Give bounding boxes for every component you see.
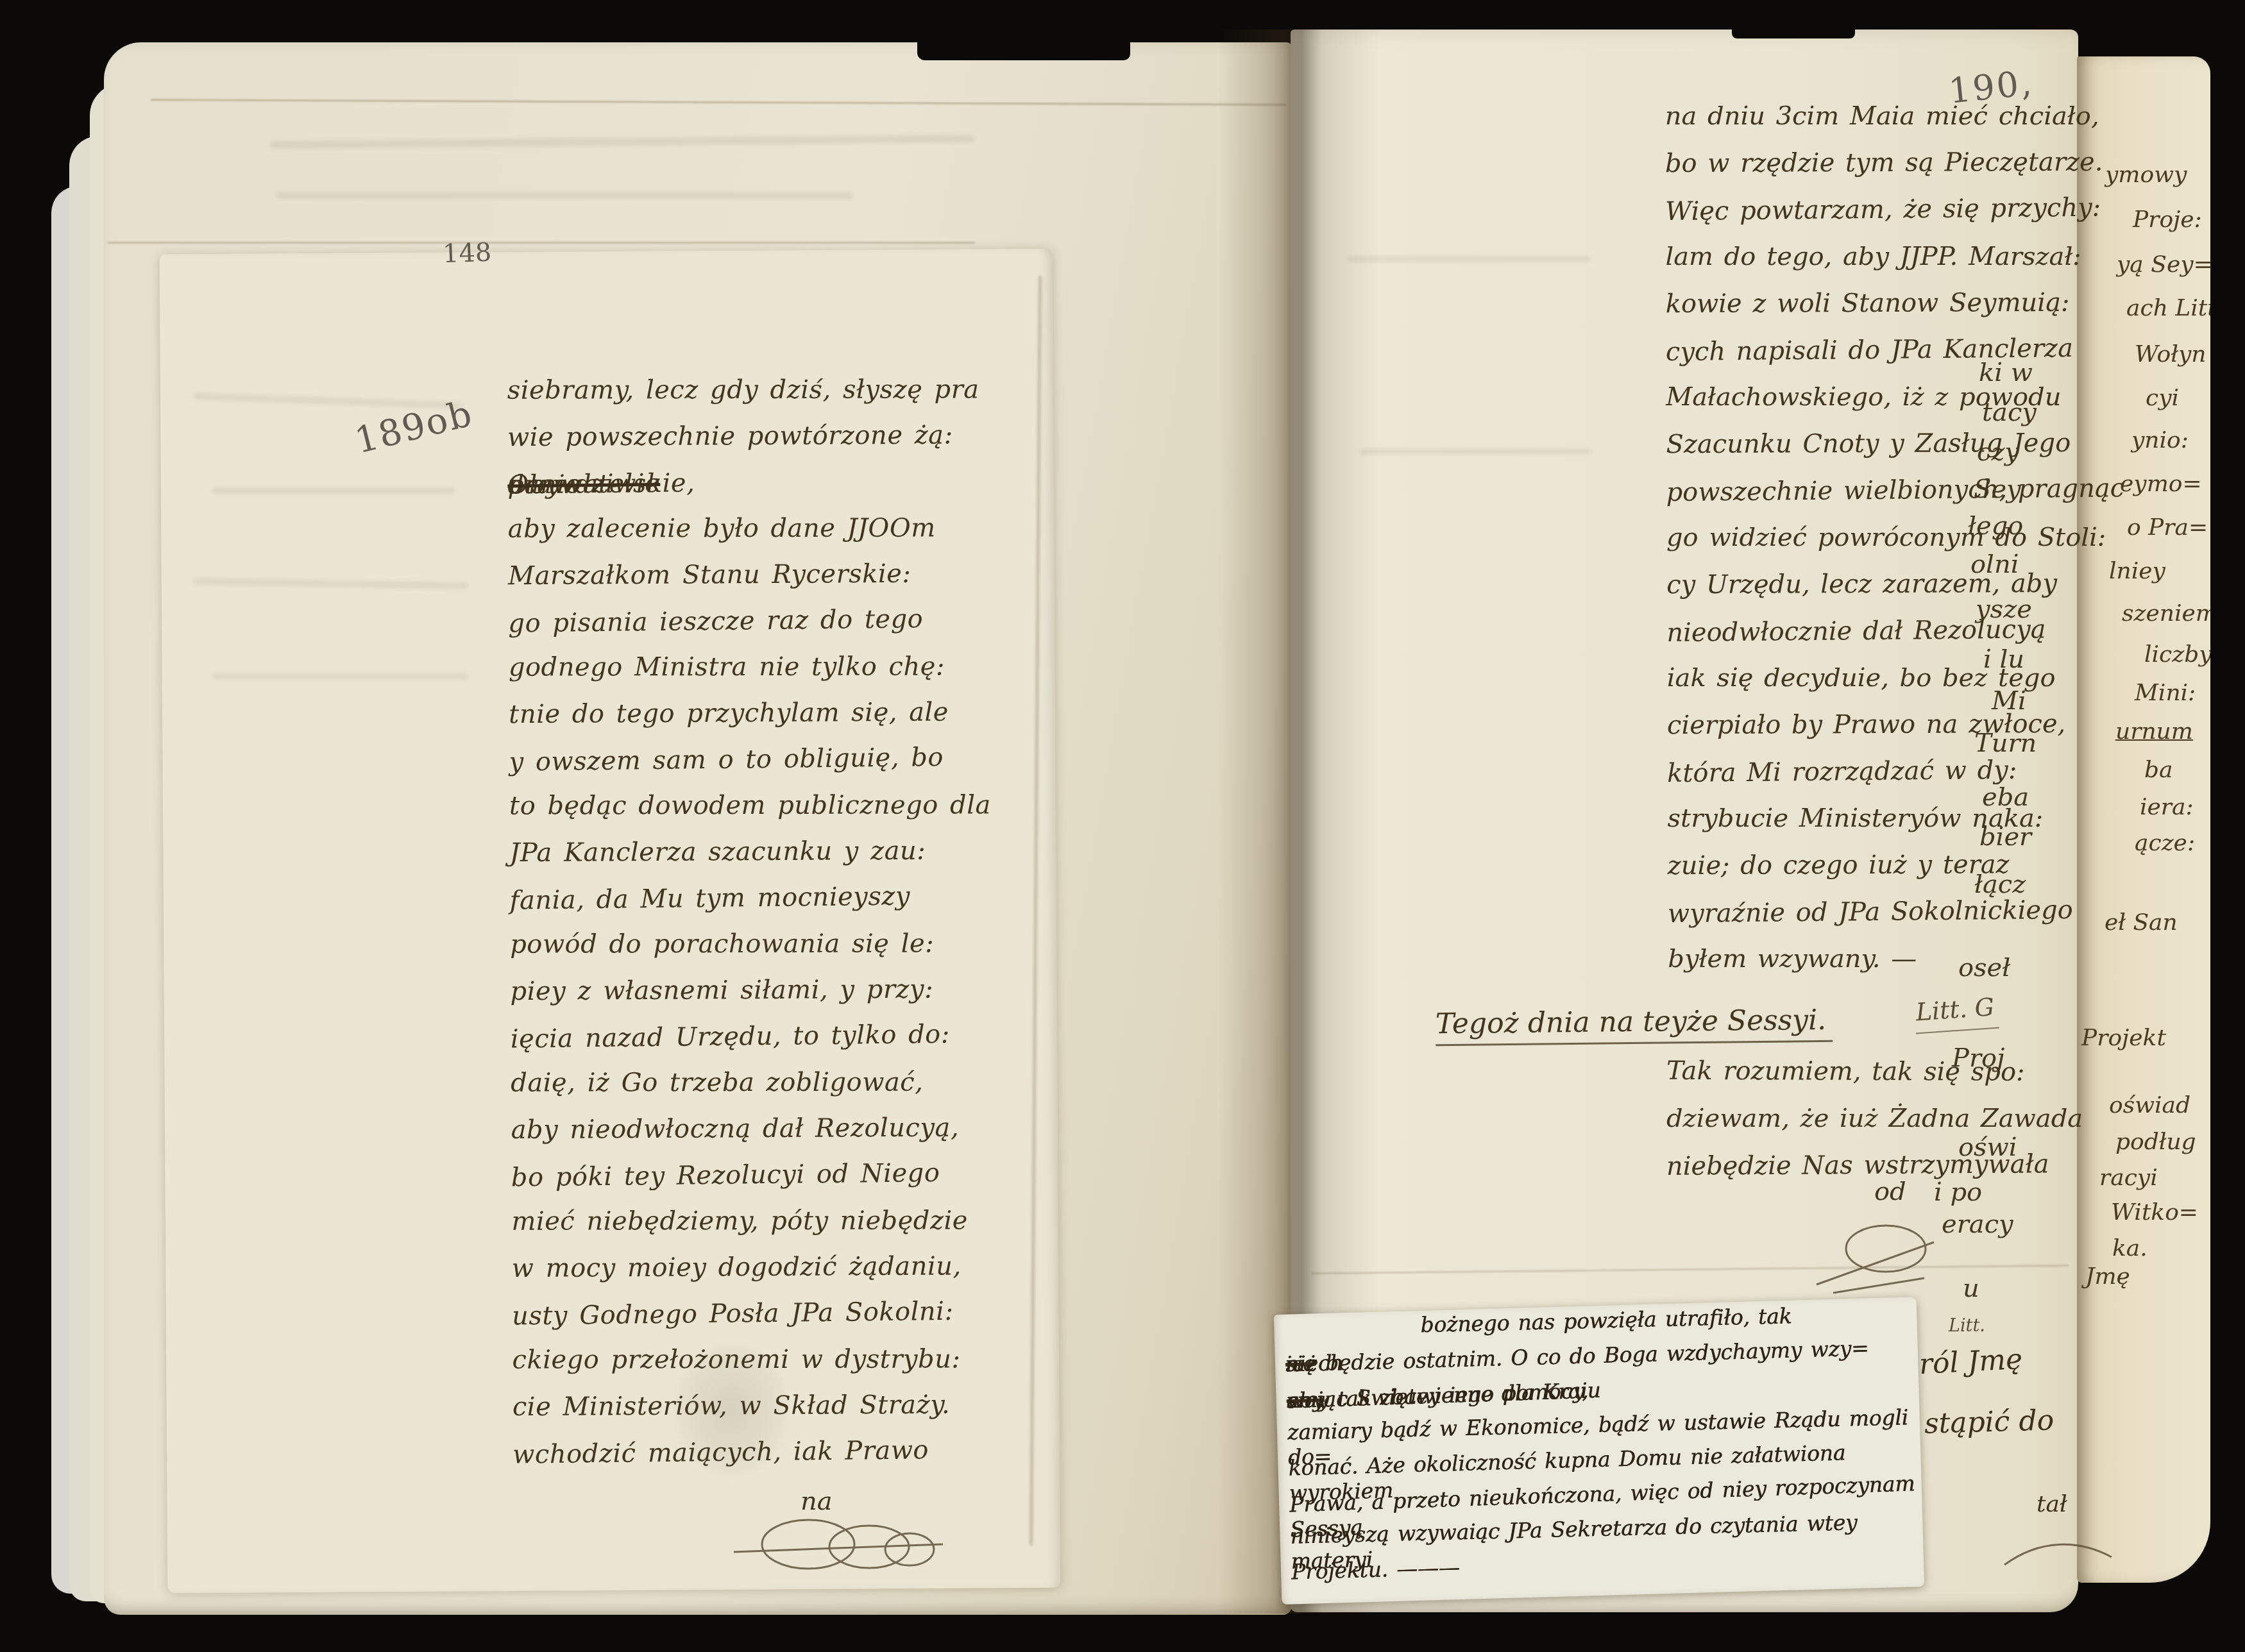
text-fragment: cyi: [2146, 385, 2179, 411]
text-fragment: urnum: [2115, 718, 2193, 745]
cradle-tab: [1732, 0, 1855, 38]
text-fragment: Witko=: [2111, 1199, 2198, 1226]
text-fragment: ynio:: [2131, 427, 2189, 453]
text-fragment: ka.: [2112, 1235, 2148, 1261]
text-fragment: iera:: [2140, 794, 2194, 820]
text-fragment: ącze:: [2135, 830, 2195, 856]
text-fragment: eł San: [2105, 909, 2178, 936]
text-fragment: oświad: [2109, 1092, 2190, 1118]
text-fragment: ba: [2144, 757, 2173, 783]
text-fragment: tał: [2037, 1491, 2067, 1517]
text-fragment: Wołyn: [2135, 341, 2206, 367]
cradle-tab: [917, 0, 1130, 60]
text-fragment: Jmę: [2085, 1263, 2130, 1290]
text-fragment: racyi: [2099, 1165, 2158, 1191]
text-fragment: Proje:: [2133, 206, 2202, 233]
text-fragment: szeniem: [2122, 600, 2210, 627]
text-fragment: ach Litt: [2126, 295, 2210, 321]
text-fragment: o Pra=: [2127, 514, 2208, 541]
text-fragment: eymo=: [2120, 471, 2202, 497]
text-fragment: ról Jmę: [1919, 1343, 2023, 1381]
slip-text: bożnego nas powzięła utrafiło, takniech …: [1284, 1299, 1920, 1594]
littera-note: Litt.: [1949, 1316, 1985, 1336]
manuscript-scan: 189ob 148 190, siebramy, lecz gdy dziś, …: [0, 0, 2245, 1652]
text-fragment: liczby: [2144, 641, 2210, 668]
text-fragment: Projekt: [2081, 1025, 2166, 1051]
text-fragment: yą Sey=: [2117, 251, 2210, 278]
text-fragment: stąpić do: [1924, 1404, 2054, 1440]
inserted-slip: bożnego nas powzięła utrafiło, takniech …: [1274, 1297, 1924, 1605]
text-fragment: Mini:: [2135, 680, 2196, 706]
text-fragment: lniey: [2109, 558, 2165, 584]
text-fragment: podług: [2115, 1129, 2196, 1155]
text-fragment: ymowy: [2105, 162, 2187, 188]
pen-flourish: [2001, 1526, 2117, 1578]
